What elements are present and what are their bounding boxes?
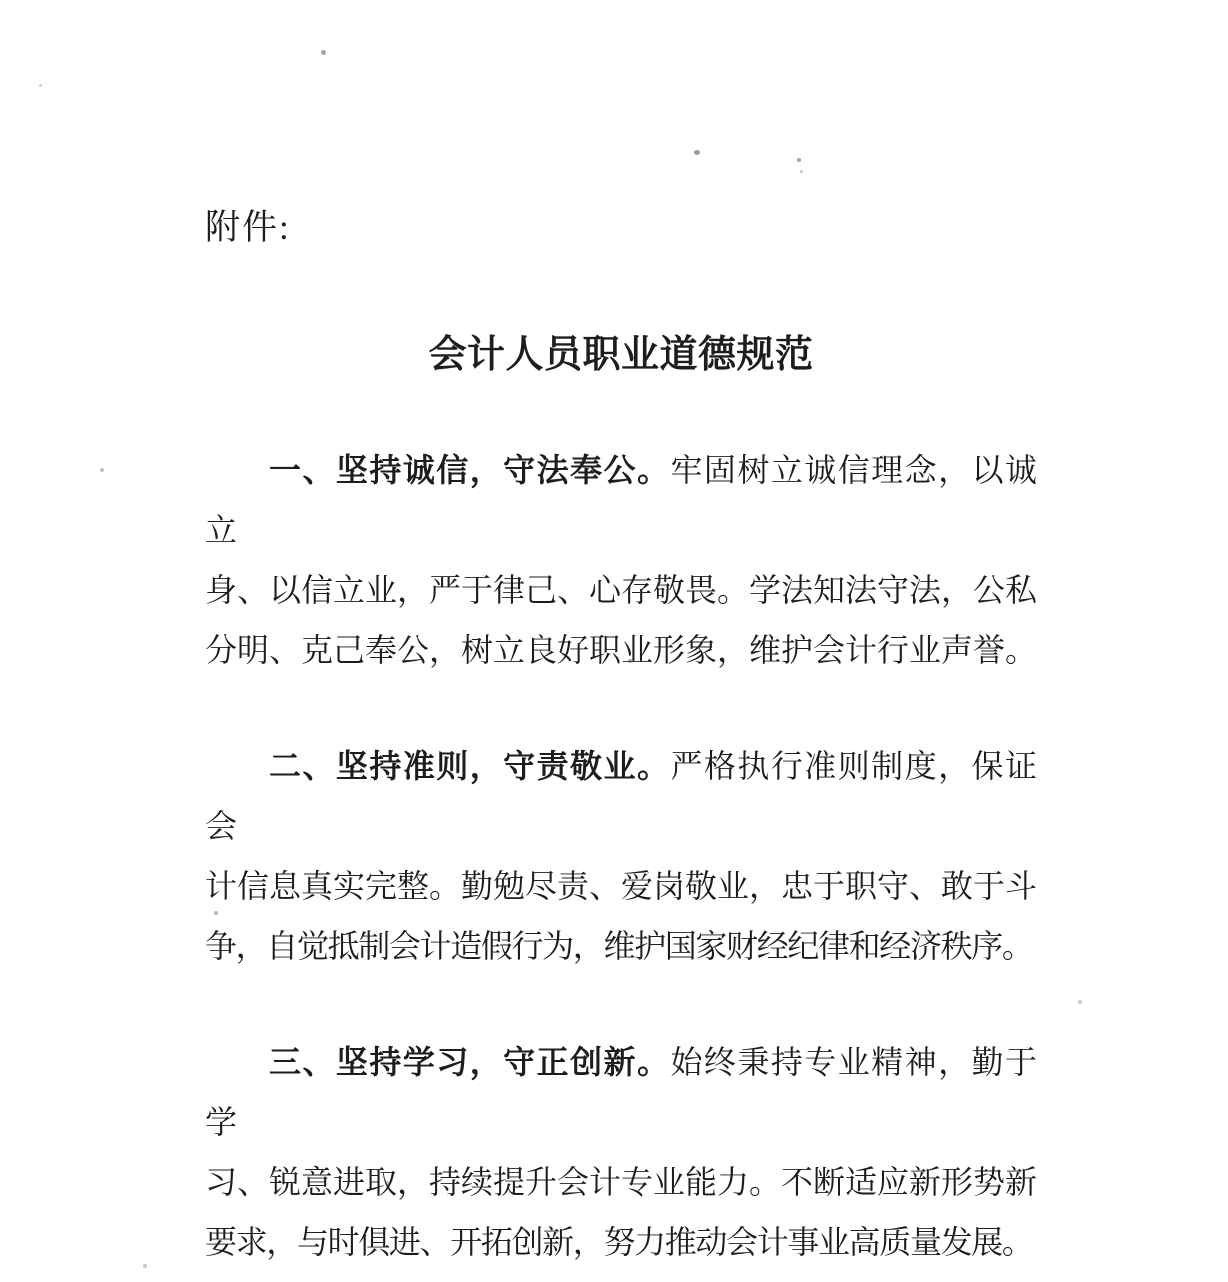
text-line: 争，自觉抵制会计造假行为，维护国家财经纪律和经济秩序。 xyxy=(205,916,1037,976)
text-line: 计信息真实完整。勤勉尽责、爱岗敬业，忠于职守、敢于斗 xyxy=(205,856,1037,916)
text-line: 分明、克己奉公，树立良好职业形象，维护会计行业声誉。 xyxy=(205,620,1037,680)
text-line: 要求，与时俱进、开拓创新，努力推动会计事业高质量发展。 xyxy=(205,1212,1037,1272)
section-lead-1: 一、坚持诚信，守法奉公。 xyxy=(269,452,670,488)
scan-speck xyxy=(1078,1000,1082,1004)
text-line: 身、以信立业，严于律己、心存敬畏。学法知法守法，公私 xyxy=(205,560,1037,620)
scan-speck xyxy=(143,1264,147,1268)
attachment-label: 附件: xyxy=(205,204,1037,252)
scan-speck xyxy=(39,84,42,87)
page: 附件: 会计人员职业道德规范 一、坚持诚信，守法奉公。牢固树立诚信理念，以诚立 … xyxy=(0,0,1228,1282)
paragraph-1: 一、坚持诚信，守法奉公。牢固树立诚信理念，以诚立 身、以信立业，严于律己、心存敬… xyxy=(205,440,1037,680)
paragraph-list: 一、坚持诚信，守法奉公。牢固树立诚信理念，以诚立 身、以信立业，严于律己、心存敬… xyxy=(205,440,1037,1272)
text-line: 二、坚持准则，守责敬业。严格执行准则制度，保证会 xyxy=(205,736,1037,856)
section-lead-2: 二、坚持准则，守责敬业。 xyxy=(269,748,670,784)
text-line: 习、锐意进取，持续提升会计专业能力。不断适应新形势新 xyxy=(205,1152,1037,1212)
section-lead-3: 三、坚持学习，守正创新。 xyxy=(269,1044,670,1080)
paragraph-3: 三、坚持学习，守正创新。始终秉持专业精神，勤于学 习、锐意进取，持续提升会计专业… xyxy=(205,1032,1037,1272)
text-line: 三、坚持学习，守正创新。始终秉持专业精神，勤于学 xyxy=(205,1032,1037,1152)
document-title: 会计人员职业道德规范 xyxy=(205,330,1037,380)
document-content: 附件: 会计人员职业道德规范 一、坚持诚信，守法奉公。牢固树立诚信理念，以诚立 … xyxy=(205,0,1037,1272)
scan-speck xyxy=(100,468,104,472)
paragraph-2: 二、坚持准则，守责敬业。严格执行准则制度，保证会 计信息真实完整。勤勉尽责、爱岗… xyxy=(205,736,1037,976)
text-line: 一、坚持诚信，守法奉公。牢固树立诚信理念，以诚立 xyxy=(205,440,1037,560)
